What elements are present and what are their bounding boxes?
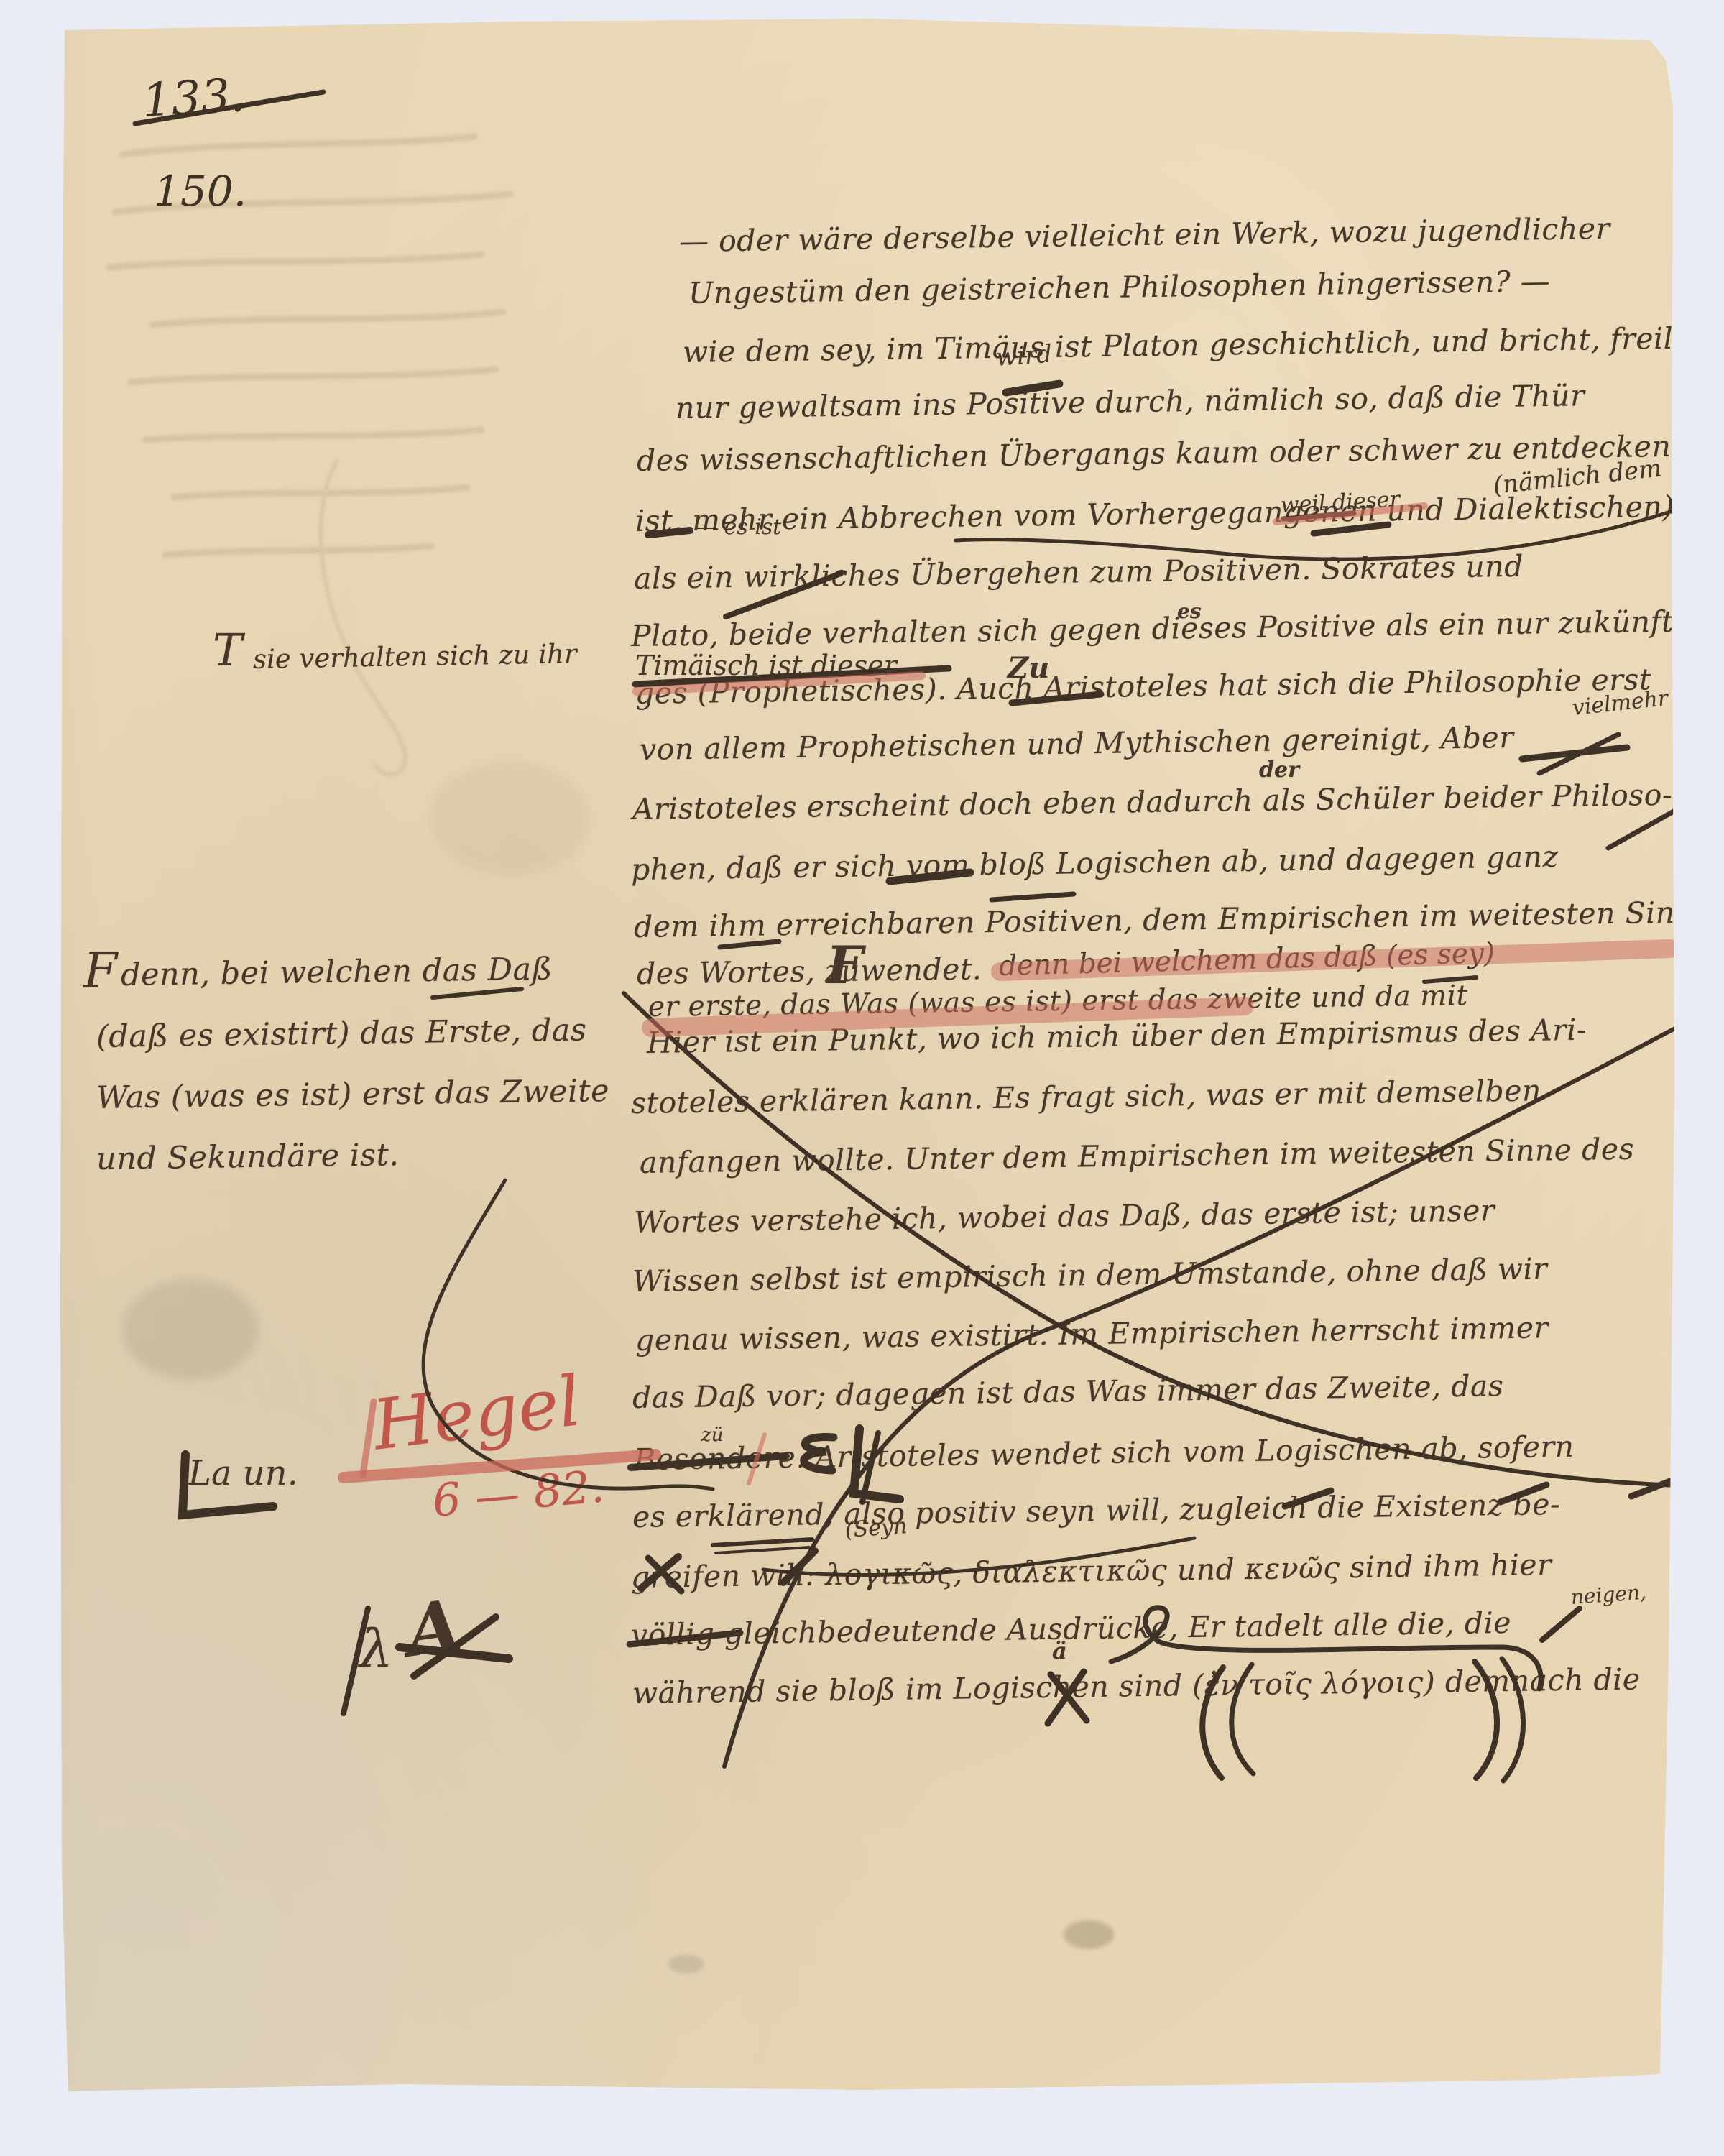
margin-note-relation: sie verhalten sich zu ihr <box>253 638 577 675</box>
insertion-wird: wird <box>995 340 1054 372</box>
insertion-seyn: (Seyn <box>844 1514 908 1543</box>
pencil-smudge <box>122 1279 259 1380</box>
ink-speck <box>668 1955 704 1973</box>
insertion-timaeisch-cancelled: Timäisch ist dieser <box>635 650 897 681</box>
insertion-zu: Zu <box>1008 651 1049 685</box>
manuscript-page: 133. 150. T sie verhalten sich zu ihr F … <box>0 0 1724 2156</box>
margin-crossed-letter: A <box>401 1584 466 1673</box>
margin-lambda-mark: λ <box>359 1618 393 1680</box>
margin-note-dass-line: und Sekundäre ist. <box>96 1137 400 1177</box>
insertion-zue: zü <box>701 1424 723 1446</box>
page-number: 150. <box>154 167 246 216</box>
stain <box>431 762 589 877</box>
insertion-mark-f: F <box>826 934 863 995</box>
bleed-through-loop <box>321 460 405 775</box>
text-line: des Wortes, zuwendet. <box>637 952 982 991</box>
margin-note-dass-line: denn, bei welchen das Daß <box>121 952 553 993</box>
margin-note-dass-line: (daß es existirt) das Erste, das <box>96 1012 587 1055</box>
insertion-es: es <box>1177 599 1202 623</box>
page-number-crossed: 133. <box>141 69 246 127</box>
ink-speck <box>1064 1920 1114 1949</box>
margin-relation-mark: T <box>213 624 242 676</box>
margin-note-la: La un. <box>188 1453 298 1493</box>
insertion-der: der <box>1259 757 1299 783</box>
margin-insertion-mark-f: F <box>83 943 117 1000</box>
margin-note-dass-line: Was (was es ist) erst das Zweite <box>96 1073 610 1116</box>
manuscript-scan: 133. 150. T sie verhalten sich zu ihr F … <box>0 0 1724 2156</box>
insertion-a-mark: ä <box>1052 1637 1067 1664</box>
insertion-es-ist: — es ist <box>696 515 781 540</box>
